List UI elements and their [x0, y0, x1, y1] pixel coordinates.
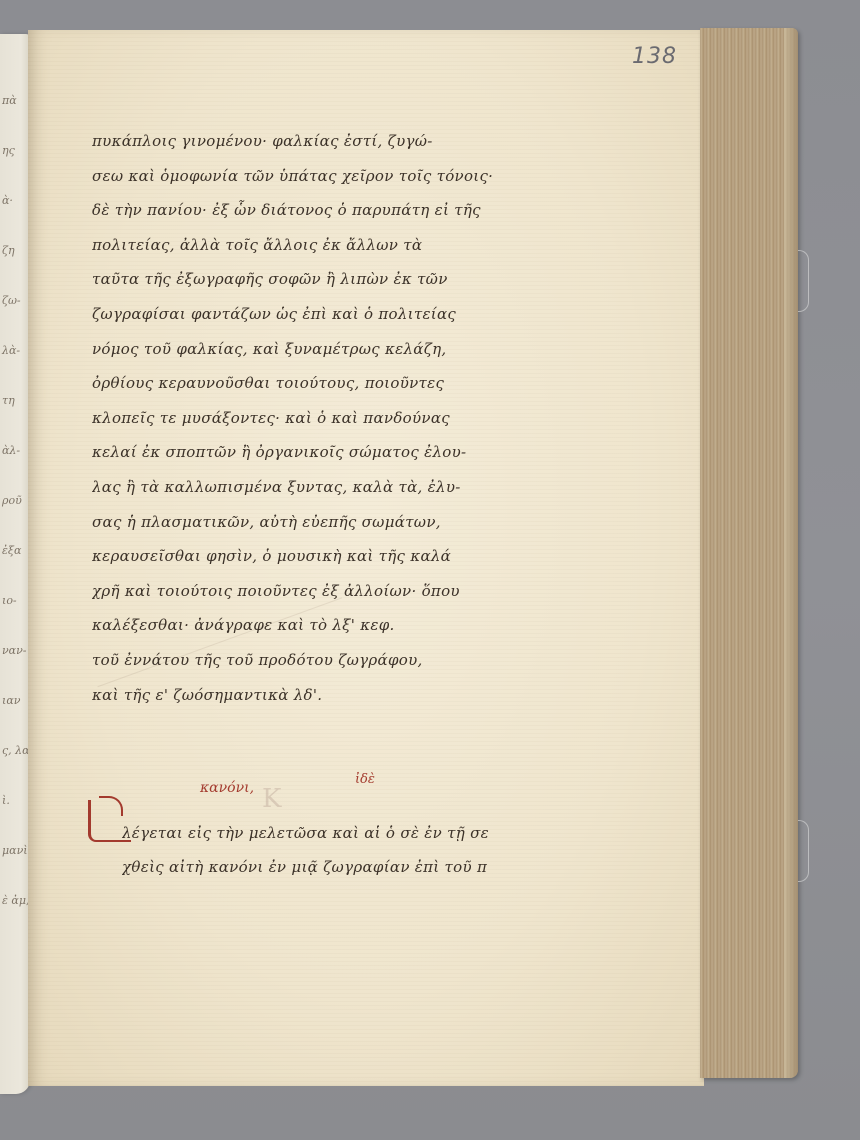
book-fore-edge	[700, 28, 798, 1078]
rubric-heading: κανόνι,	[200, 780, 254, 796]
main-text-block: πυκάπλοις γινομένου· φαλκίας ἐστί, ζυγώ-…	[92, 124, 492, 712]
text-line: σεω καὶ ὁμοφωνία τῶν ὑπάτας χεῖρον τοῖς …	[92, 159, 492, 194]
text-line: καὶ τῆς ε' ζωόσημαντικὰ λδ'.	[92, 678, 492, 713]
text-line: καλέξεσθαι· ἀνάγραφε καὶ τὸ λξ' κεφ.	[92, 608, 492, 643]
previous-page-fragment: ς, λα	[2, 744, 30, 757]
text-line: χρῆ καὶ τοιούτοις ποιοῦντες ἐξ ἀλλοίων· …	[92, 574, 492, 609]
text-line: χθεὶς αἰτὴ κανόνι ἐν μιᾷ ζωγραφίαν ἐπὶ τ…	[122, 850, 492, 884]
rubric-superscript: ἰδὲ	[355, 772, 375, 787]
previous-page-fragment: ὶ.	[2, 794, 10, 807]
text-line: πυκάπλοις γινομένου· φαλκίας ἐστί, ζυγώ-	[92, 124, 492, 159]
text-line: λας ἢ τὰ καλλωπισμένα ξυντας, καλὰ τὰ, ἐ…	[92, 470, 492, 505]
text-line: λέγεται εἰς τὴν μελετῶσα καὶ αἱ ὁ σὲ ἐν …	[122, 816, 492, 850]
previous-page-fragment: ροῦ	[2, 494, 22, 507]
previous-page-fragment: πὰ	[2, 94, 17, 107]
text-line: σας ἡ πλασματικῶν, αὐτὴ εὐεπῆς σωμάτων,	[92, 505, 492, 540]
previous-page-fragment: ζω-	[2, 294, 21, 307]
text-line: πολιτείας, ἀλλὰ τοῖς ἄλλοις ἐκ ἄλλων τὰ	[92, 228, 492, 263]
text-line: ὀρθίους κεραυνοῦσθαι τοιούτους, ποιοῦντε…	[92, 366, 492, 401]
text-line: νόμος τοῦ φαλκίας, καὶ ξυναμέτρως κελάζη…	[92, 332, 492, 367]
previous-page-fragment: ζη	[2, 244, 15, 257]
folio-number: 138	[632, 44, 677, 69]
previous-page-fragment: ναν-	[2, 644, 27, 657]
book-clasp-bottom	[798, 820, 809, 882]
previous-page-fragment: μανὶ-	[2, 844, 31, 857]
previous-page-fragment: ἐξα	[2, 544, 21, 557]
text-line: κεραυσεῖσθαι φησὶν, ὁ μουσικὴ καὶ τῆς κα…	[92, 539, 492, 574]
final-text-block: λέγεται εἰς τὴν μελετῶσα καὶ αἱ ὁ σὲ ἐν …	[122, 816, 492, 884]
previous-page-fragment: τη	[2, 394, 15, 407]
previous-page-fragment: ιο-	[2, 594, 17, 607]
previous-page-edge: πὰηςὰ·ζηζω-λὰ-τηὰλ-ροῦἐξαιο-ναν-ιανς, λα…	[0, 34, 30, 1094]
text-line: τοῦ ἐννάτου τῆς τοῦ προδότου ζωγράφου,	[92, 643, 492, 678]
previous-page-fragment: ὰλ-	[2, 444, 20, 457]
text-line: ζωγραφίσαι φαντάζων ὡς ἐπὶ καὶ ὁ πολιτεί…	[92, 297, 492, 332]
text-line: κλοπεῖς τε μυσάξοντες· καὶ ὁ καὶ πανδούν…	[92, 401, 492, 436]
text-line: δὲ τὴν πανίου· ἐξ ὧν διάτονος ὁ παρυπάτη…	[92, 193, 492, 228]
previous-page-fragment: ὰ·	[2, 194, 13, 207]
text-line: ταῦτα τῆς ἐξωγραφῆς σοφῶν ἢ λιπὼν ἐκ τῶν	[92, 262, 492, 297]
previous-page-fragment: ιαν	[2, 694, 20, 707]
book-clasp-top	[798, 250, 809, 312]
text-line: κελαί ἐκ σποπτῶν ἢ ὀργανικοῖς σώματος ἐλ…	[92, 435, 492, 470]
previous-page-fragment: λὰ-	[2, 344, 20, 357]
show-through-initial: Κ	[262, 784, 281, 814]
previous-page-fragment: ης	[2, 144, 15, 157]
